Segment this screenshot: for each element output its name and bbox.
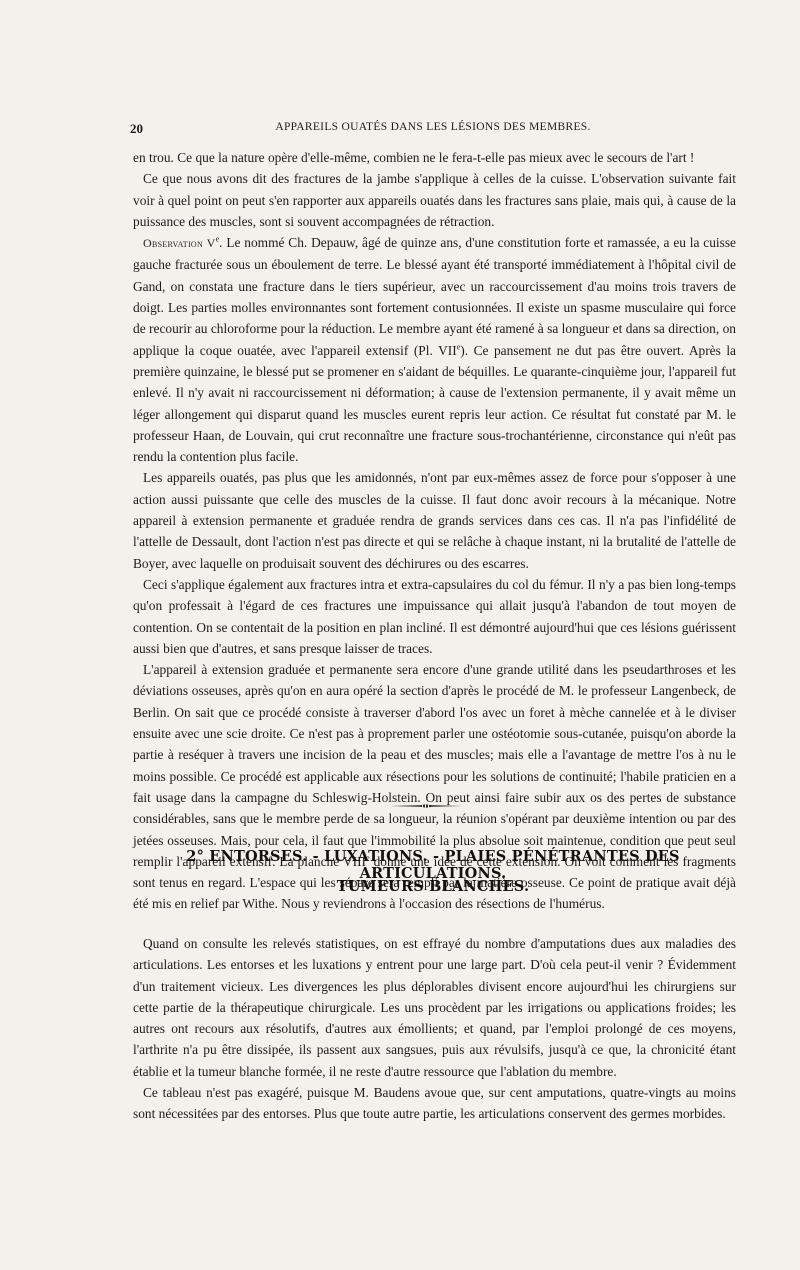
paragraph: en trou. Ce que la nature opère d'elle-m… (133, 147, 736, 168)
paragraph: Ceci s'applique également aux fractures … (133, 574, 736, 659)
paragraph-text: Le nommé Ch. Depauw, âgé de quinze ans, … (133, 235, 736, 357)
superscript: e (216, 235, 220, 244)
observation-label: Observation V (143, 236, 216, 250)
section-heading: 2° ENTORSES. - LUXATIONS. - PLAIES PÉNÉT… (130, 848, 736, 882)
paragraph: Ce tableau n'est pas exagéré, puisque M.… (133, 1082, 736, 1125)
section-1-body: en trou. Ce que la nature opère d'elle-m… (133, 147, 736, 915)
paragraph-text: ). Ce pansement ne dut pas être ouvert. … (133, 343, 736, 464)
decorative-rule-icon (390, 803, 462, 809)
observation-paragraph: Observation Ve. Le nommé Ch. Depauw, âgé… (133, 232, 736, 467)
section-2-body: Quand on consulte les relevés statistiqu… (133, 933, 736, 1125)
paragraph-text: L'appareil à extension graduée et perman… (133, 662, 736, 869)
section-subheading: TUMEURS BLANCHES. (130, 878, 736, 895)
page-header: 20 APPAREILS OUATÉS DANS LES LÉSIONS DES… (130, 121, 736, 141)
paragraph: Ce que nous avons dit des fractures de l… (133, 168, 736, 232)
running-title: APPAREILS OUATÉS DANS LES LÉSIONS DES ME… (130, 121, 736, 133)
paragraph: Les appareils ouatés, pas plus que les a… (133, 467, 736, 573)
paragraph: Quand on consulte les relevés statistiqu… (133, 933, 736, 1082)
